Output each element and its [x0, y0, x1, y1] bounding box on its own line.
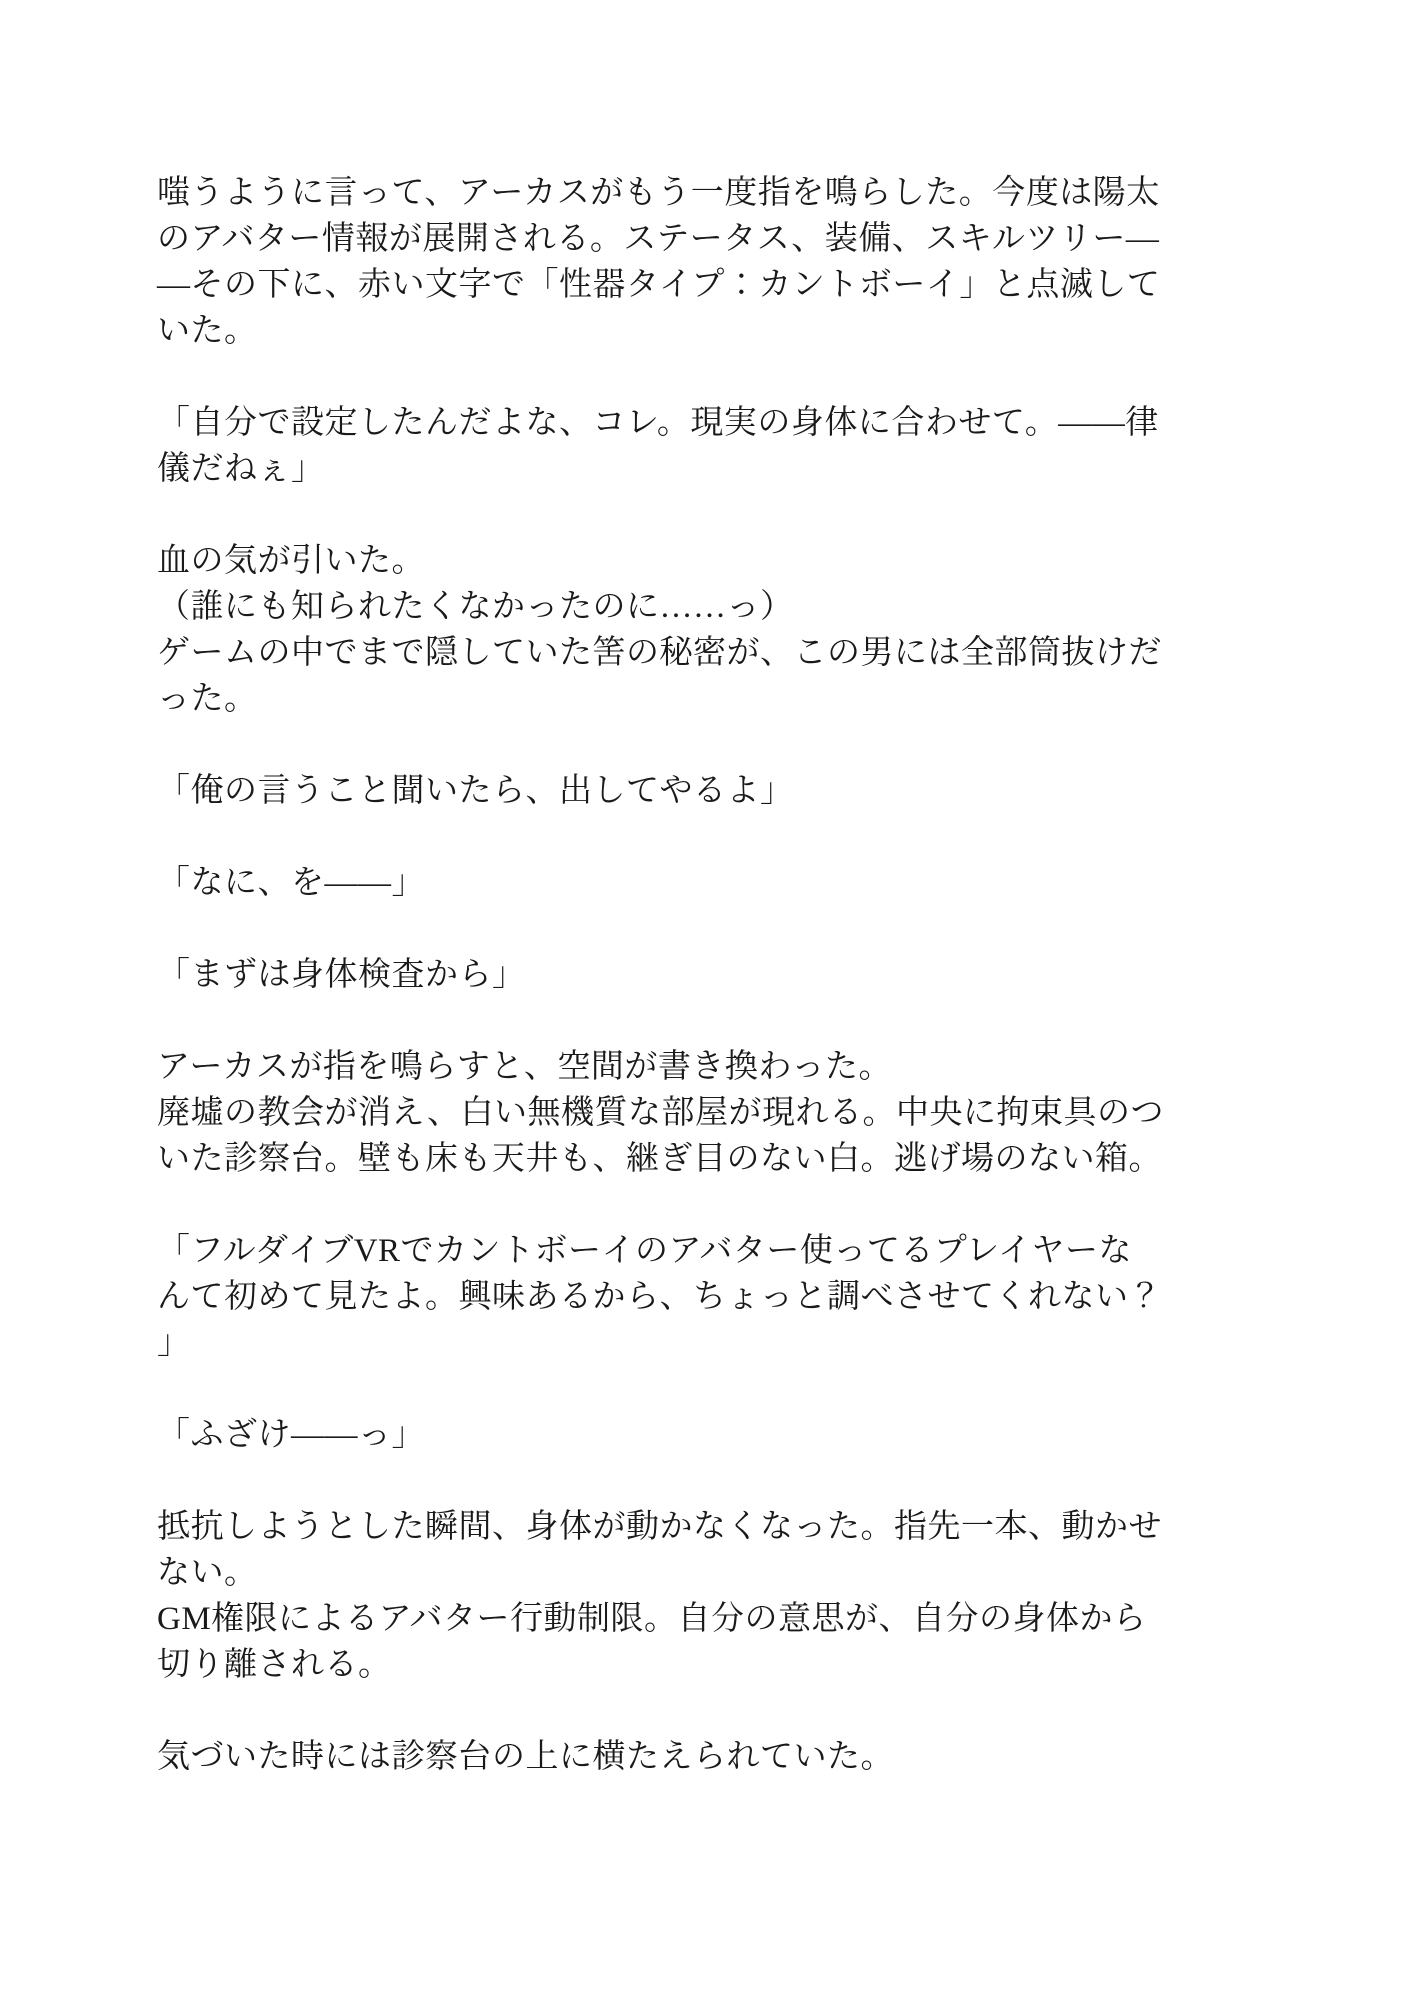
text-line: のアバター情報が展開される。ステータス、装備、スキルツリー―: [157, 216, 1169, 262]
text-line: ない。: [157, 1550, 1169, 1596]
paragraph-9: 「ふざけ――っ」: [157, 1412, 1169, 1458]
paragraph-2: 「自分で設定したんだよな、コレ。現実の身体に合わせて。――律儀だねぇ」: [157, 400, 1169, 492]
text-line: 「なに、を――」: [157, 860, 1169, 906]
text-line: んて初めて見たよ。興味あるから、ちょっと調べさせてくれない？: [157, 1274, 1169, 1320]
text-line: 儀だねぇ」: [157, 446, 1169, 492]
text-line: 「自分で設定したんだよな、コレ。現実の身体に合わせて。――律: [157, 400, 1169, 446]
text-line: ―その下に、赤い文字で「性器タイプ：カントボーイ」と点滅して: [157, 262, 1169, 308]
text-line: 廃墟の教会が消え、白い無機質な部屋が現れる。中央に拘束具のつ: [157, 1090, 1169, 1136]
text-line: 「フルダイブVRでカントボーイのアバター使ってるプレイヤーな: [157, 1228, 1169, 1274]
paragraph-11: 気づいた時には診察台の上に横たえられていた。: [157, 1734, 1169, 1780]
text-line: ゲームの中でまで隠していた筈の秘密が、この男には全部筒抜けだ: [157, 630, 1169, 676]
text-line: アーカスが指を鳴らすと、空間が書き換わった。: [157, 1044, 1169, 1090]
text-line: 嗤うように言って、アーカスがもう一度指を鳴らした。今度は陽太: [157, 170, 1169, 216]
text-line: 血の気が引いた。: [157, 538, 1169, 584]
text-line: 切り離される。: [157, 1642, 1169, 1688]
text-line: 「俺の言うこと聞いたら、出してやるよ」: [157, 768, 1169, 814]
page-text: 嗤うように言って、アーカスがもう一度指を鳴らした。今度は陽太のアバター情報が展開…: [157, 170, 1169, 1826]
text-line: 気づいた時には診察台の上に横たえられていた。: [157, 1734, 1169, 1780]
text-line: （誰にも知られたくなかったのに……っ）: [157, 584, 1169, 630]
paragraph-7: アーカスが指を鳴らすと、空間が書き換わった。廃墟の教会が消え、白い無機質な部屋が…: [157, 1044, 1169, 1182]
paragraph-1: 嗤うように言って、アーカスがもう一度指を鳴らした。今度は陽太のアバター情報が展開…: [157, 170, 1169, 354]
text-line: 抵抗しようとした瞬間、身体が動かなくなった。指先一本、動かせ: [157, 1504, 1169, 1550]
text-line: 「ふざけ――っ」: [157, 1412, 1169, 1458]
text-line: いた診察台。壁も床も天井も、継ぎ目のない白。逃げ場のない箱。: [157, 1136, 1169, 1182]
text-line: 」: [157, 1320, 1169, 1366]
paragraph-6: 「まずは身体検査から」: [157, 952, 1169, 998]
text-line: GM権限によるアバター行動制限。自分の意思が、自分の身体から: [157, 1596, 1169, 1642]
text-line: 「まずは身体検査から」: [157, 952, 1169, 998]
paragraph-4: 「俺の言うこと聞いたら、出してやるよ」: [157, 768, 1169, 814]
paragraph-10: 抵抗しようとした瞬間、身体が動かなくなった。指先一本、動かせない。GM権限による…: [157, 1504, 1169, 1688]
text-line: いた。: [157, 308, 1169, 354]
paragraph-5: 「なに、を――」: [157, 860, 1169, 906]
paragraph-3: 血の気が引いた。（誰にも知られたくなかったのに……っ）ゲームの中でまで隠していた…: [157, 538, 1169, 722]
text-line: った。: [157, 676, 1169, 722]
paragraph-8: 「フルダイブVRでカントボーイのアバター使ってるプレイヤーなんて初めて見たよ。興…: [157, 1228, 1169, 1366]
